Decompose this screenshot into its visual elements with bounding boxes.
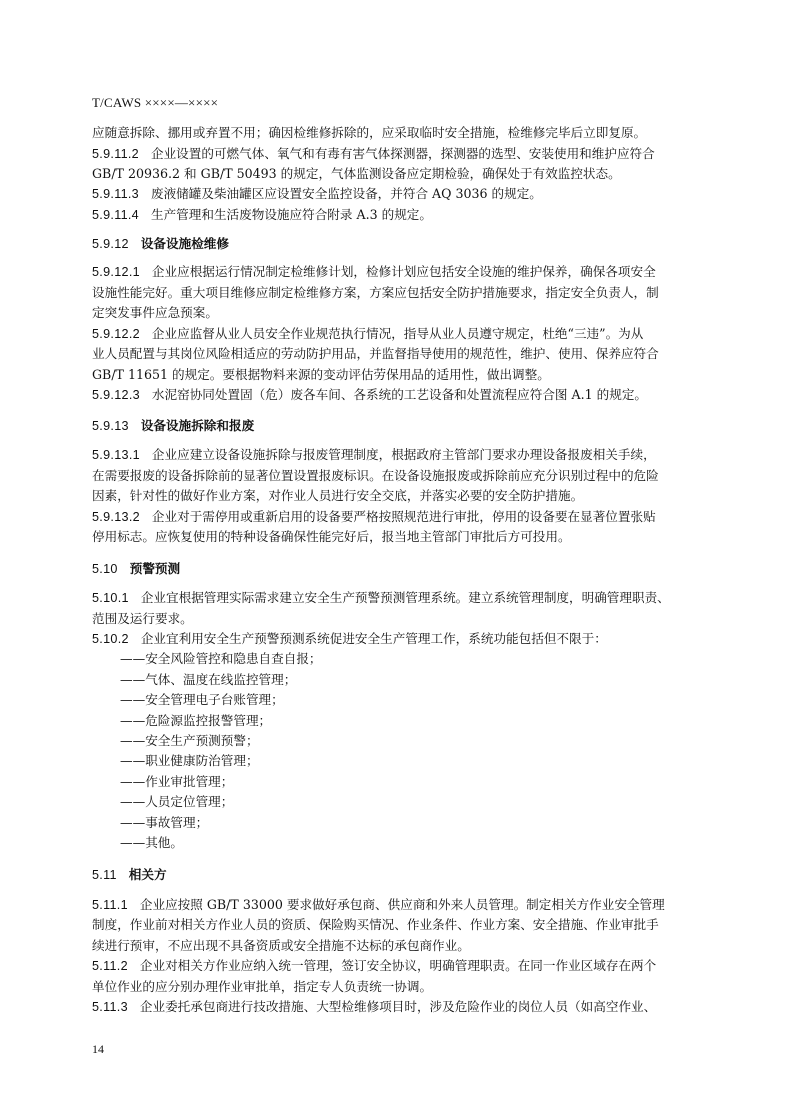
paragraph-line: 5.11.3企业委托承包商进行技改措施、大型检维修项目时，涉及危险作业的岗位人员… (92, 999, 656, 1015)
paragraph-line: 5.9.11.2企业设置的可燃气体、氧气和有毒有害气体探测器，探测器的选型、安装… (92, 146, 655, 162)
clause-number: 5.9.12.3 (92, 388, 140, 402)
list-item: ——事故管理； (120, 815, 208, 831)
clause-number: 5.9.11.3 (92, 187, 139, 201)
paragraph-line: 5.10.2企业宜利用安全生产预警预测系统促进安全生产管理工作，系统功能包括但不… (92, 631, 607, 647)
line-text: 续进行预审，不应出现不具备资质或安全措施不达标的承包商作业。 (92, 938, 470, 953)
line-text: 企业设置的可燃气体、氧气和有毒有害气体探测器，探测器的选型、安装使用和维护应符合 (151, 146, 655, 161)
clause-number: 5.10.2 (92, 632, 129, 646)
paragraph-line: 5.9.13.2企业对于需停用或重新启用的设备要严格按照规范进行审批，停用的设备… (92, 509, 656, 525)
line-text: 生产管理和生活废物设施应符合附录 A.3 的规定。 (151, 207, 432, 222)
line-text: 停用标志。应恢复使用的特种设备确保性能完好后，报当地主管部门审批后方可投用。 (92, 529, 571, 544)
line-text: 设施性能完好。重大项目维修应制定检维修方案，方案应包括安全防护措施要求，指定安全… (92, 285, 659, 300)
line-text: ——气体、温度在线监控管理； (120, 672, 296, 687)
paragraph-line: 5.9.12.1企业应根据运行情况制定检维修计划，检修计划应包括安全设施的维护保… (92, 264, 656, 280)
paragraph-line: 5.9.11.3废液储罐及柴油罐区应设置安全监控设备，并符合 AQ 3036 的… (92, 186, 542, 202)
line-text: 制度，作业前对相关方作业人员的资质、保险购买情况、作业条件、作业方案、安全措施、… (92, 917, 659, 932)
line-text: 企业对相关方作业应纳入统一管理，签订安全协议，明确管理职责。在同一作业区域存在两… (140, 958, 656, 973)
line-text: 预警预测 (130, 561, 180, 576)
line-text: 在需要报废的设备拆除前的显著位置设置报废标识。在设备设施报废或拆除前应充分识别过… (92, 468, 659, 483)
paragraph-line: 因素，针对性的做好作业方案，对作业人员进行安全交底，并落实必要的安全防护措施。 (92, 488, 583, 504)
list-item: ——其他。 (120, 835, 183, 851)
line-text: GB/T 20936.2 和 GB/T 50493 的规定，气体监测设备应定期检… (92, 166, 621, 181)
paragraph-line: 续进行预审，不应出现不具备资质或安全措施不达标的承包商作业。 (92, 938, 470, 954)
clause-number: 5.10 (92, 562, 118, 576)
paragraph-line: 5.9.12.2企业应监督从业人员安全作业规范执行情况，指导从业人员遵守规定，杜… (92, 326, 643, 342)
line-text: 企业对于需停用或重新启用的设备要严格按照规范进行审批，停用的设备要在显著位置张贴 (152, 509, 656, 524)
clause-number: 5.11.2 (92, 959, 128, 973)
line-text: ——安全风险管控和隐患自查自报； (120, 651, 322, 666)
clause-number: 5.9.12.1 (92, 265, 140, 279)
line-text: 定突发事件应急预案。 (92, 305, 218, 320)
section-heading: 5.9.13设备设施拆除和报废 (92, 418, 254, 434)
line-text: ——危险源监控报警管理； (120, 713, 271, 728)
page-number: 14 (92, 1042, 104, 1057)
line-text: 因素，针对性的做好作业方案，对作业人员进行安全交底，并落实必要的安全防护措施。 (92, 488, 583, 503)
line-text: ——其他。 (120, 835, 183, 850)
line-text: 单位作业的应分别办理作业审批单，指定专人负责统一协调。 (92, 979, 432, 994)
line-text: GB/T 11651 的规定。要根据物料来源的变动评估劳保用品的适用性，做出调整… (92, 367, 550, 382)
clause-number: 5.11 (92, 868, 117, 882)
list-item: ——气体、温度在线监控管理； (120, 672, 296, 688)
line-text: 企业应根据运行情况制定检维修计划，检修计划应包括安全设施的维护保养，确保各项安全 (152, 264, 656, 279)
clause-number: 5.11.3 (92, 1000, 128, 1014)
line-text: 企业应建立设备设施拆除与报废管理制度，根据政府主管部门要求办理设备报废相关手续， (152, 447, 656, 462)
line-text: 企业宜根据管理实际需求建立安全生产预警预测管理系统。建立系统管理制度，明确管理职… (141, 590, 670, 605)
line-text: 范围及运行要求。 (92, 611, 193, 626)
clause-number: 5.9.11.4 (92, 208, 139, 222)
paragraph-line: 5.11.1企业应按照 GB/T 33000 要求做好承包商、供应商和外来人员管… (92, 897, 665, 913)
list-item: ——作业审批管理； (120, 774, 233, 790)
line-text: ——安全管理电子台账管理； (120, 692, 284, 707)
line-text: 企业应按照 GB/T 33000 要求做好承包商、供应商和外来人员管理。制定相关… (140, 897, 665, 912)
clause-number: 5.9.13.2 (92, 510, 140, 524)
paragraph-line: 业人员配置与其岗位风险相适应的劳动防护用品，并监督指导使用的规范性，维护、使用、… (92, 346, 659, 362)
paragraph-line: GB/T 20936.2 和 GB/T 50493 的规定，气体监测设备应定期检… (92, 166, 621, 182)
line-text: 废液储罐及柴油罐区应设置安全监控设备，并符合 AQ 3036 的规定。 (151, 186, 542, 201)
line-text: 业人员配置与其岗位风险相适应的劳动防护用品，并监督指导使用的规范性，维护、使用、… (92, 346, 659, 361)
clause-number: 5.9.12.2 (92, 327, 140, 341)
clause-number: 5.10.1 (92, 591, 129, 605)
clause-number: 5.9.12 (92, 237, 129, 251)
list-item: ——安全生产预测预警； (120, 733, 259, 749)
paragraph-line: 单位作业的应分别办理作业审批单，指定专人负责统一协调。 (92, 979, 432, 995)
document-code-header: T/CAWS ××××—×××× (92, 95, 218, 111)
line-text: 水泥窑协同处置固（危）废各车间、各系统的工艺设备和处置流程应符合图 A.1 的规… (152, 387, 647, 402)
paragraph-line: 5.9.11.4生产管理和生活废物设施应符合附录 A.3 的规定。 (92, 207, 432, 223)
list-item: ——危险源监控报警管理； (120, 713, 271, 729)
document-page: T/CAWS ××××—×××× 应随意拆除、挪用或弃置不用；确因检维修拆除的，… (0, 0, 785, 1110)
list-item: ——人员定位管理； (120, 794, 233, 810)
paragraph-line: 在需要报废的设备拆除前的显著位置设置报废标识。在设备设施报废或拆除前应充分识别过… (92, 468, 659, 484)
clause-number: 5.11.1 (92, 898, 128, 912)
line-text: 企业应监督从业人员安全作业规范执行情况，指导从业人员遵守规定，杜绝“三违”。为从 (152, 326, 643, 341)
line-text: 相关方 (129, 867, 167, 882)
clause-number: 5.9.13.1 (92, 448, 140, 462)
paragraph-line: 定突发事件应急预案。 (92, 305, 218, 321)
list-item: ——安全风险管控和隐患自查自报； (120, 651, 322, 667)
line-text: 应随意拆除、挪用或弃置不用；确因检维修拆除的，应采取临时安全措施，检维修完毕后立… (92, 125, 646, 140)
paragraph-line: 5.9.13.1企业应建立设备设施拆除与报废管理制度，根据政府主管部门要求办理设… (92, 447, 656, 463)
line-text: ——作业审批管理； (120, 774, 233, 789)
line-text: 企业委托承包商进行技改措施、大型检维修项目时，涉及危险作业的岗位人员（如高空作业… (140, 999, 656, 1014)
line-text: 企业宜利用安全生产预警预测系统促进安全生产管理工作，系统功能包括但不限于： (141, 631, 607, 646)
line-text: ——安全生产预测预警； (120, 733, 259, 748)
paragraph-line: 应随意拆除、挪用或弃置不用；确因检维修拆除的，应采取临时安全措施，检维修完毕后立… (92, 125, 646, 141)
paragraph-line: 停用标志。应恢复使用的特种设备确保性能完好后，报当地主管部门审批后方可投用。 (92, 529, 571, 545)
paragraph-line: 设施性能完好。重大项目维修应制定检维修方案，方案应包括安全防护措施要求，指定安全… (92, 285, 659, 301)
paragraph-line: 范围及运行要求。 (92, 611, 193, 627)
line-text: 设备设施检维修 (141, 236, 229, 251)
line-text: 设备设施拆除和报废 (141, 418, 254, 433)
paragraph-line: 5.10.1企业宜根据管理实际需求建立安全生产预警预测管理系统。建立系统管理制度… (92, 590, 670, 606)
list-item: ——安全管理电子台账管理； (120, 692, 284, 708)
paragraph-line: 5.9.12.3水泥窑协同处置固（危）废各车间、各系统的工艺设备和处置流程应符合… (92, 387, 647, 403)
clause-number: 5.9.13 (92, 419, 129, 433)
section-heading: 5.10预警预测 (92, 561, 180, 577)
line-text: ——人员定位管理； (120, 794, 233, 809)
section-heading: 5.11相关方 (92, 867, 167, 883)
line-text: ——职业健康防治管理； (120, 753, 259, 768)
section-heading: 5.9.12设备设施检维修 (92, 236, 229, 252)
paragraph-line: 制度，作业前对相关方作业人员的资质、保险购买情况、作业条件、作业方案、安全措施、… (92, 917, 659, 933)
paragraph-line: GB/T 11651 的规定。要根据物料来源的变动评估劳保用品的适用性，做出调整… (92, 367, 550, 383)
line-text: ——事故管理； (120, 815, 208, 830)
clause-number: 5.9.11.2 (92, 147, 139, 161)
list-item: ——职业健康防治管理； (120, 753, 259, 769)
paragraph-line: 5.11.2企业对相关方作业应纳入统一管理，签订安全协议，明确管理职责。在同一作… (92, 958, 656, 974)
